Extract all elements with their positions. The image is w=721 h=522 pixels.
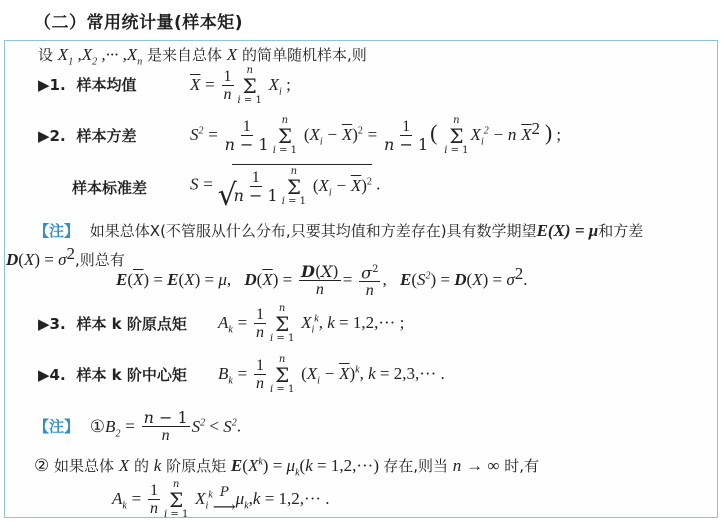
note-2-formula: Ak = 1nnΣi = 1 XikP⟶μk,k = 1,2,··· . xyxy=(112,480,330,520)
formula-central-moment: Bk = 1nnΣi = 1 (Xi − X)k, k = 2,3,··· . xyxy=(218,355,445,395)
note-tag: 【注】 xyxy=(34,222,79,240)
item-marker: ▶2. xyxy=(38,127,66,145)
item-sample-mean: ▶1. 样本均值 xyxy=(38,74,136,95)
item-sample-variance: ▶2. 样本方差 xyxy=(38,125,136,146)
intro-suffix-2: 的简单随机样本,则 xyxy=(242,46,367,64)
note-text-2: 和方差 xyxy=(598,222,643,240)
item-marker: ▶1. xyxy=(38,76,66,94)
item-marker: ▶3. xyxy=(38,315,66,333)
note-1-line-2: D(X) = σ2,则总有 xyxy=(6,244,125,270)
item-label: 样本标准差 xyxy=(72,179,147,197)
formula-sample-mean: X = 1nnΣi = 1 Xi ; xyxy=(190,66,291,106)
item-label: 样本 k 阶原点矩 xyxy=(76,315,186,333)
item-central-moment: ▶4. 样本 k 阶中心矩 xyxy=(38,364,187,385)
item-raw-moment: ▶3. 样本 k 阶原点矩 xyxy=(38,313,187,334)
formula-sample-variance: S2 = 1n − 1nΣi = 1 (Xi − X)2 = 1n − 1( n… xyxy=(190,116,561,156)
item-label: 样本均值 xyxy=(76,76,136,94)
item-marker: ▶4. xyxy=(38,366,66,384)
note-2-line-2: ② 如果总体 X 的 k 阶原点矩 E(Xk) = μk(k = 1,2,···… xyxy=(34,455,539,478)
section-heading: （二）常用统计量(样本矩) xyxy=(34,8,243,33)
note-text: 如果总体X(不管服从什么分布,只要其均值和方差存在)具有数学期望 xyxy=(90,222,537,240)
item-label: 样本方差 xyxy=(76,127,136,145)
intro-prefix: 设 xyxy=(38,46,53,64)
note-1-line-1: 【注】 如果总体X(不管服从什么分布,只要其均值和方差存在)具有数学期望E(X)… xyxy=(34,220,643,241)
formula-raw-moment: Ak = 1nnΣi = 1 Xik, k = 1,2,··· ; xyxy=(218,304,404,344)
item-sample-std: 样本标准差 xyxy=(72,177,147,198)
note-1-formula: E(X) = E(X) = μ, D(X) = D(X)n= σ2n, E(S2… xyxy=(116,262,527,300)
intro-pop: X xyxy=(227,45,237,64)
note-2-line-1: 【注】 ①B2 = n − 1nS2 < S2. xyxy=(34,410,241,445)
intro-line: 设 X1 ,X2 ,··· ,Xn 是来自总体 X 的简单随机样本,则 xyxy=(38,44,367,67)
note-tag: 【注】 xyxy=(34,418,79,436)
intro-suffix-1: 是来自总体 xyxy=(147,46,222,64)
formula-sample-std: S = √ 1n − 1nΣi = 1 (Xi − X)2 . xyxy=(190,164,380,207)
item-label: 样本 k 阶中心矩 xyxy=(76,366,186,384)
intro-vars: X1 ,X2 ,··· ,Xn xyxy=(58,45,142,64)
note-expectation: E(X) = μ xyxy=(537,221,599,240)
